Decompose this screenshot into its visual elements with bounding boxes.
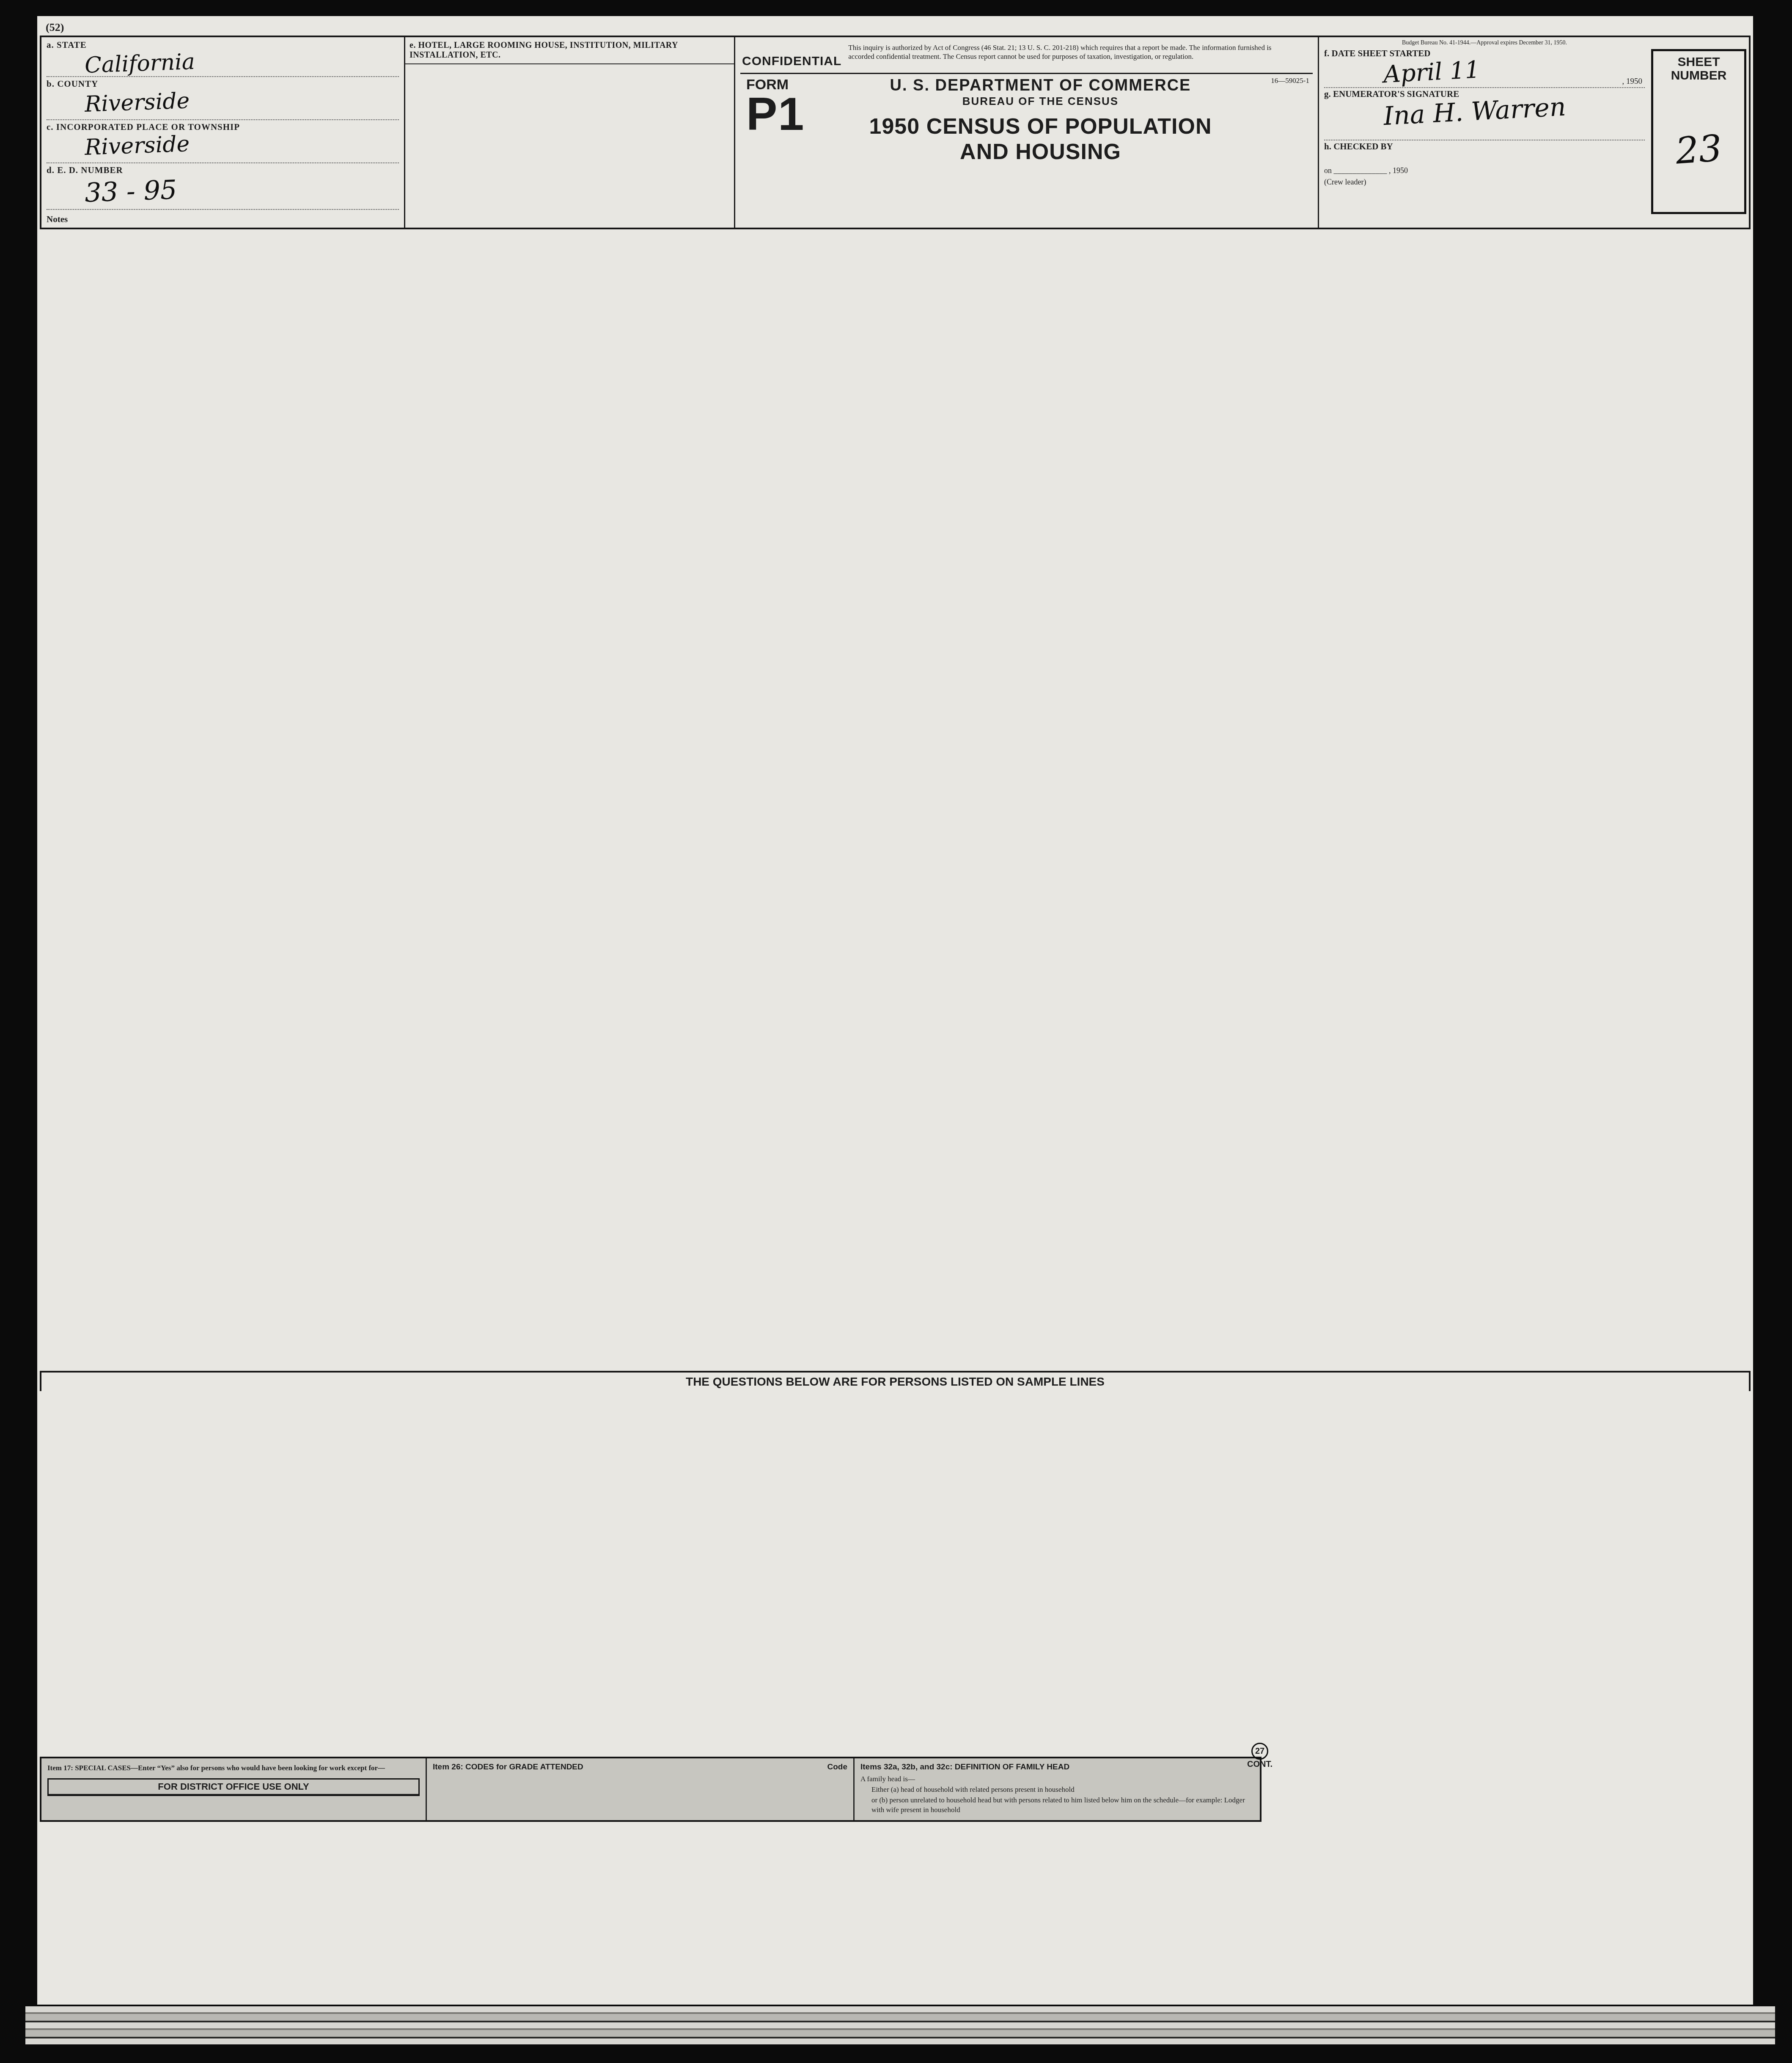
form-code: P1: [746, 93, 844, 135]
form-tag: FORM P1: [740, 77, 844, 135]
state-value: California: [84, 45, 399, 76]
department-title: U. S. DEPARTMENT OF COMMERCE BUREAU OF T…: [844, 77, 1237, 165]
scan-page-stack-edge: [25, 2006, 1775, 2044]
state-label: a. STATE: [47, 40, 87, 50]
district-office-box: FOR DISTRICT OFFICE USE ONLY: [47, 1778, 420, 1796]
sheet-number-box: SHEET NUMBER 23: [1651, 49, 1746, 214]
family-head-b: or (b) person unrelated to household hea…: [860, 1796, 1254, 1815]
cont-label: CONT.: [1247, 1760, 1273, 1769]
family-head-panel: Items 32a, 32b, and 32c: DEFINITION OF F…: [855, 1758, 1260, 1820]
sample-section-title: THE QUESTIONS BELOW ARE FOR PERSONS LIST…: [40, 1371, 1751, 1391]
form-title-block: FORM P1 U. S. DEPARTMENT OF COMMERCE BUR…: [740, 74, 1313, 165]
census-sheet-paper: (52) a. STATE California b. COUNTY River…: [37, 16, 1753, 2005]
county-field: b. COUNTY Riverside: [47, 79, 399, 120]
checked-on-line: on ______________ , 1950: [1324, 166, 1645, 175]
place-label: c. INCORPORATED PLACE OR TOWNSHIP: [47, 122, 240, 132]
checked-by-field: h. CHECKED BY on ______________ , 1950 (…: [1324, 141, 1645, 188]
footer: Item 17: SPECIAL CASES—Enter “Yes” also …: [40, 1757, 1751, 1822]
place-field: c. INCORPORATED PLACE OR TOWNSHIP Rivers…: [47, 122, 399, 163]
cont-circle-number: 27: [1251, 1743, 1268, 1760]
family-head-title: Items 32a, 32b, and 32c: DEFINITION OF F…: [860, 1763, 1254, 1772]
dept-line: U. S. DEPARTMENT OF COMMERCE: [844, 77, 1237, 95]
date-started-field: f. DATE SHEET STARTED April 11 , 1950: [1324, 48, 1645, 88]
family-head-lead: A family head is—: [860, 1774, 1254, 1784]
confidential-word: CONFIDENTIAL: [742, 54, 841, 69]
ed-number-field: d. E. D. NUMBER 33 - 95: [47, 165, 399, 210]
header-admin-panel: Budget Bureau No. 41-1944.—Approval expi…: [1319, 37, 1751, 228]
district-office-title: FOR DISTRICT OFFICE USE ONLY: [49, 1780, 418, 1795]
crew-leader-label: (Crew leader): [1324, 178, 1645, 187]
enumerator-label: g. ENUMERATOR'S SIGNATURE: [1324, 89, 1459, 99]
county-value: Riverside: [84, 84, 399, 115]
continuation-badge: 27 CONT.: [1247, 1743, 1273, 1769]
checked-by-label: h. CHECKED BY: [1324, 141, 1393, 151]
footer-instruction-box: Item 17: SPECIAL CASES—Enter “Yes” also …: [40, 1757, 1262, 1822]
notes-label: Notes: [47, 214, 399, 225]
sample-lines-section: THE QUESTIONS BELOW ARE FOR PERSONS LIST…: [40, 1371, 1751, 1391]
confidential-text: This inquiry is authorized by Act of Con…: [848, 43, 1292, 61]
header-hotel-panel: e. HOTEL, LARGE ROOMING HOUSE, INSTITUTI…: [405, 37, 735, 228]
date-year: , 1950: [1622, 77, 1643, 86]
sheet-number-label: SHEET NUMBER: [1653, 55, 1744, 82]
grade-codes-title: Item 26: CODES for GRADE ATTENDED: [433, 1763, 583, 1771]
budget-line: Budget Bureau No. 41-1944.—Approval expi…: [1324, 40, 1645, 47]
hotel-title: e. HOTEL, LARGE ROOMING HOUSE, INSTITUTI…: [405, 37, 734, 64]
family-head-a: Either (a) head of household with relate…: [860, 1785, 1254, 1795]
confidential-block: CONFIDENTIAL This inquiry is authorized …: [740, 40, 1313, 74]
grade-codes-col-label: Code: [827, 1763, 848, 1772]
scanned-census-page: { "meta":{ "corner_code":"(52)", "budget…: [0, 0, 1792, 2063]
footer-items-34-38: [1262, 1757, 1751, 1822]
corner-code: (52): [46, 21, 64, 34]
sheet-number-value: 23: [1652, 126, 1745, 174]
sheet-header: a. STATE California b. COUNTY Riverside …: [40, 36, 1751, 229]
header-center-panel: CONFIDENTIAL This inquiry is authorized …: [735, 37, 1319, 228]
enumerator-field: g. ENUMERATOR'S SIGNATURE Ina H. Warren: [1324, 89, 1645, 140]
special-cases-panel: Item 17: SPECIAL CASES—Enter “Yes” also …: [41, 1758, 427, 1820]
census-title: 1950 CENSUS OF POPULATION AND HOUSING: [844, 114, 1237, 165]
state-field: a. STATE California: [47, 40, 399, 77]
bureau-line: BUREAU OF THE CENSUS: [844, 95, 1237, 108]
hotel-columns: [405, 64, 734, 208]
ed-label: d. E. D. NUMBER: [47, 165, 123, 175]
print-code: 16—59025-1: [1237, 77, 1313, 85]
date-started-label: f. DATE SHEET STARTED: [1324, 48, 1430, 58]
county-label: b. COUNTY: [47, 79, 98, 89]
header-geography-panel: a. STATE California b. COUNTY Riverside …: [41, 37, 405, 228]
ed-value: 33 - 95: [84, 170, 399, 205]
special-cases-title: Item 17: SPECIAL CASES—Enter “Yes” also …: [47, 1763, 420, 1773]
grade-codes-panel: Item 26: CODES for GRADE ATTENDED Code: [427, 1758, 855, 1820]
